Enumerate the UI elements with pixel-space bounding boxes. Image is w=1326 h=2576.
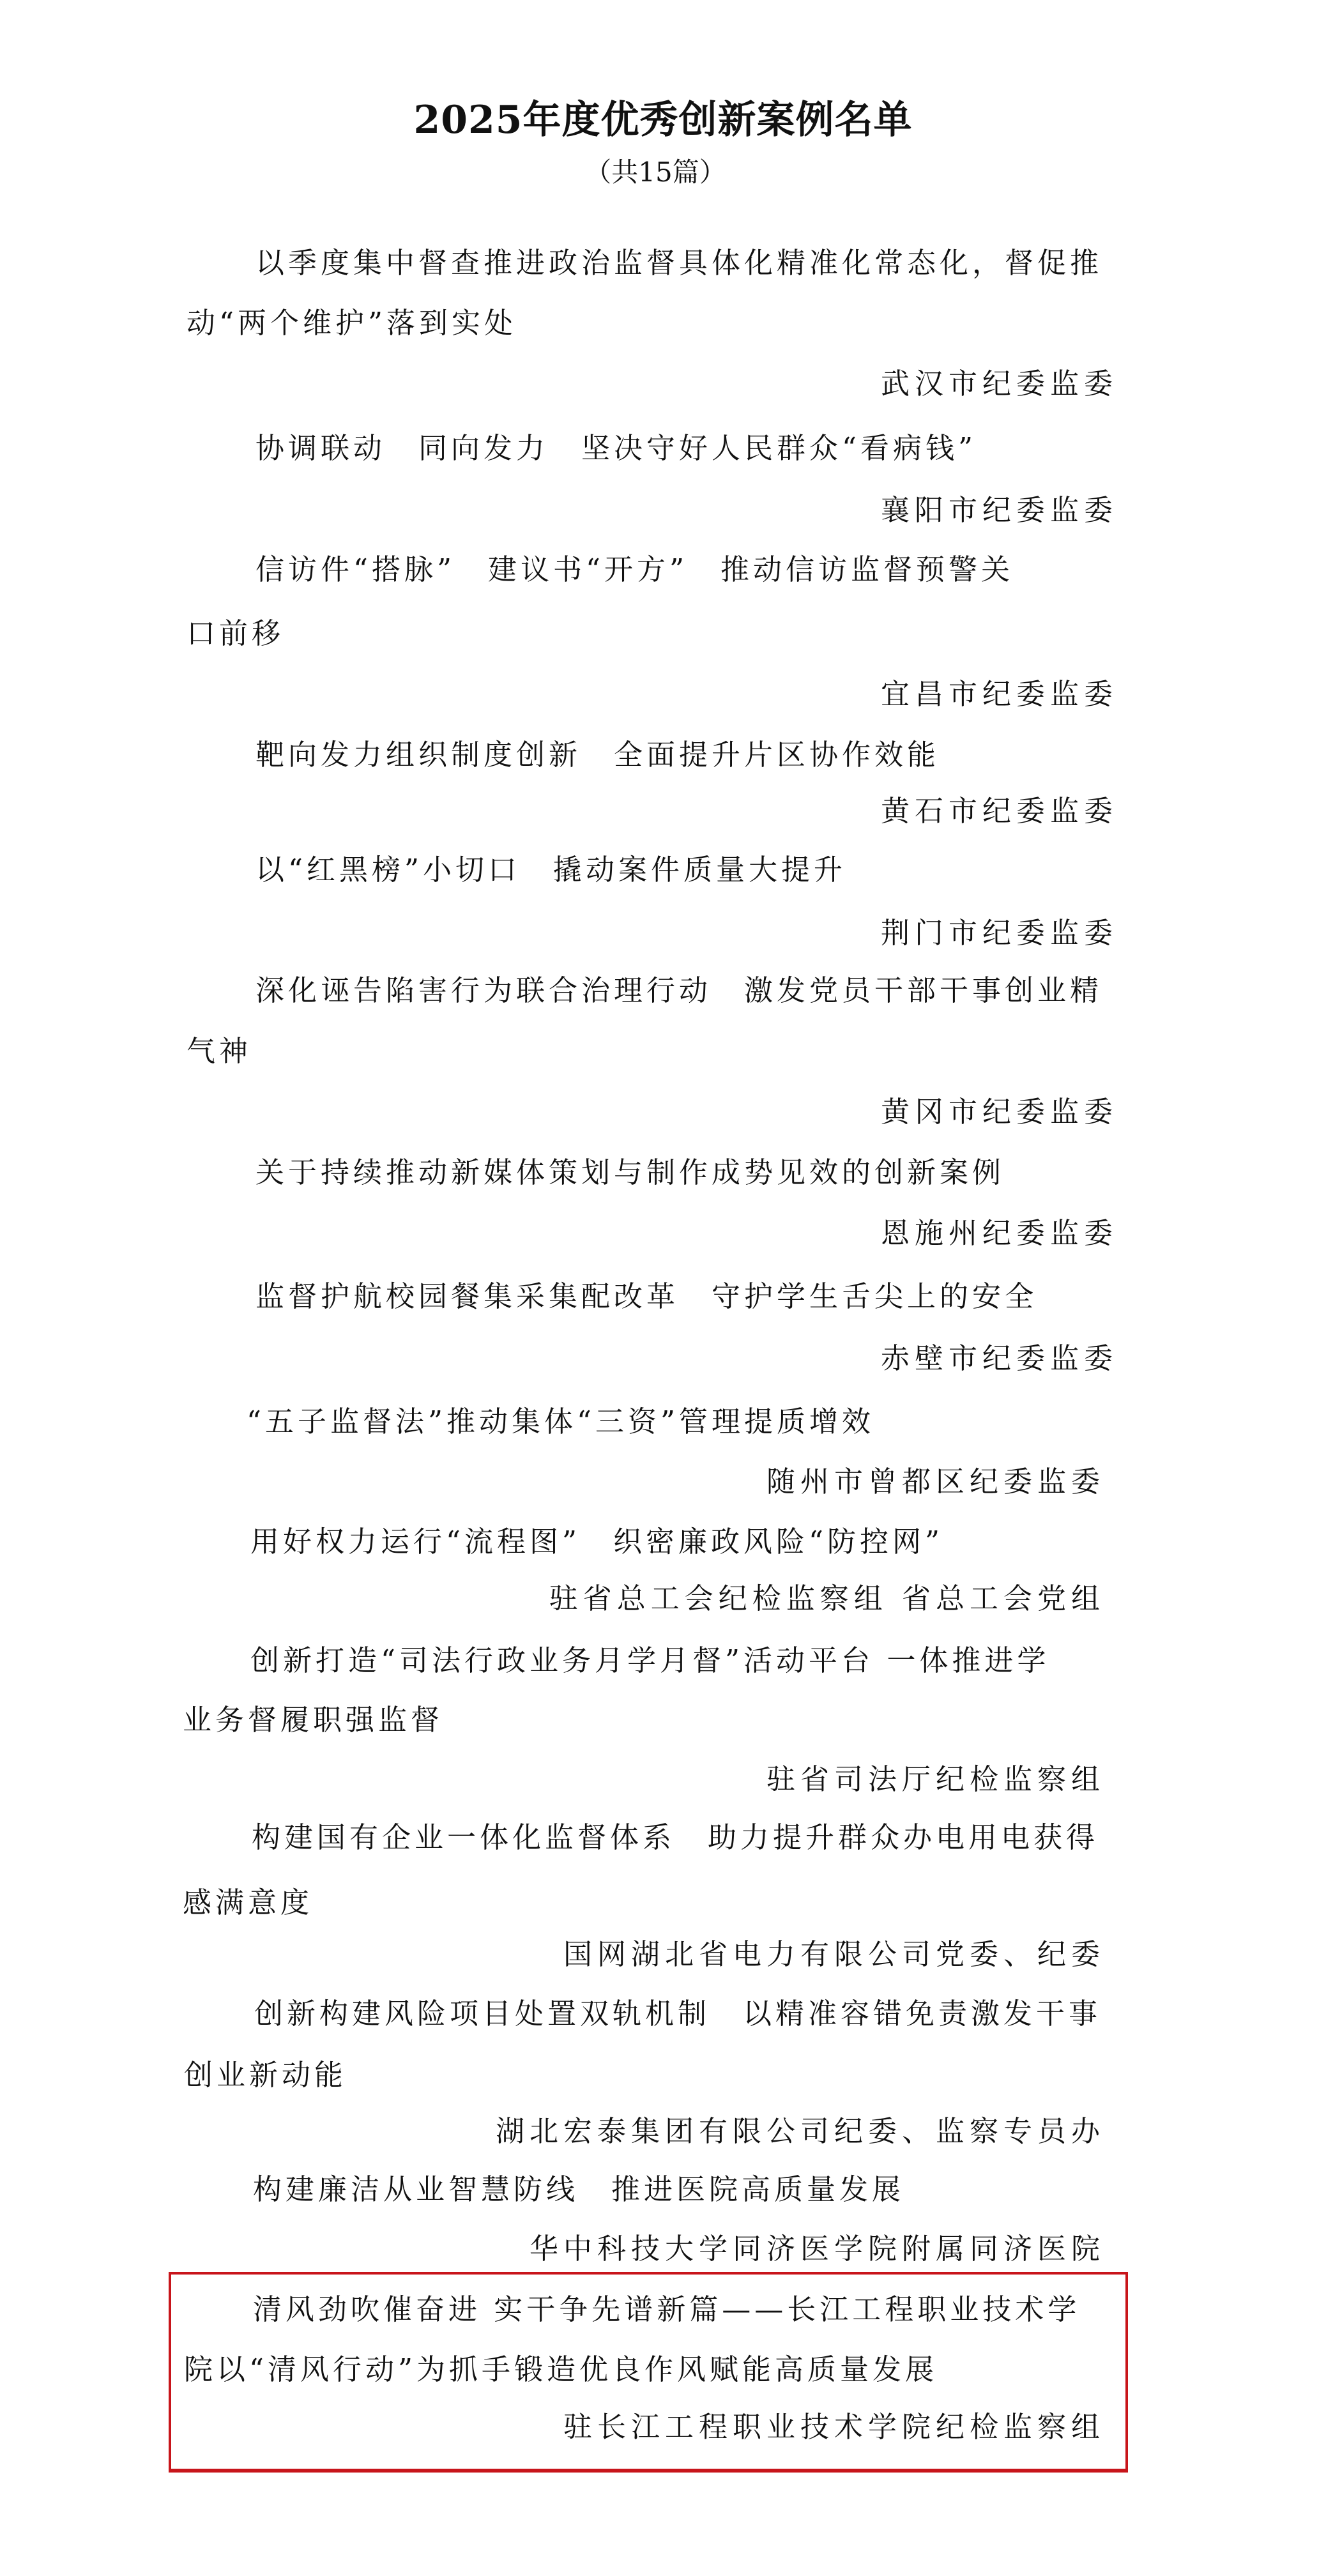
- case-15-title-line-1: 清风劲吹催奋进 实干争先谱新篇——长江工程职业技术学: [253, 2292, 1080, 2328]
- case-6-unit: 黄冈市纪委监委: [881, 1094, 1118, 1130]
- case-5-unit: 荆门市纪委监委: [881, 915, 1118, 951]
- case-13-title-line-2: 创业新动能: [184, 2057, 347, 2093]
- case-1-title-line-2: 动“两个维护”落到实处: [187, 305, 517, 341]
- page-subtitle-count: （共15篇）: [0, 156, 1311, 189]
- case-2-title-line-1: 协调联动 同向发力 坚决守好人民群众“看病钱”: [255, 431, 977, 466]
- case-8-unit: 赤壁市纪委监委: [881, 1341, 1118, 1376]
- case-8-title-line-1: 监督护航校园餐集采集配改革 守护学生舌尖上的安全: [255, 1279, 1037, 1315]
- case-6-title-line-1: 深化诬告陷害行为联合治理行动 激发党员干部干事创业精: [255, 973, 1102, 1009]
- document-page: 2025年度优秀创新案例名单 （共15篇） 以季度集中督查推进政治监督具体化精准…: [0, 0, 1326, 2576]
- case-6-title-line-2: 气神: [187, 1033, 252, 1069]
- case-15-title-line-2: 院以“清风行动”为抓手锻造优良作风赋能高质量发展: [184, 2352, 938, 2388]
- case-11-unit: 驻省司法厅纪检监察组: [766, 1762, 1105, 1797]
- case-14-unit: 华中科技大学同济医学院附属同济医院: [530, 2231, 1105, 2267]
- case-4-unit: 黄石市纪委监委: [881, 793, 1118, 829]
- case-1-title-line-1: 以季度集中督查推进政治监督具体化精准化常态化，督促推: [255, 245, 1102, 281]
- case-14-title-line-1: 构建廉洁从业智慧防线 推进医院高质量发展: [253, 2172, 904, 2207]
- case-11-title-line-1: 创新打造“司法行政业务月学月督”活动平台 一体推进学: [250, 1643, 1049, 1679]
- case-9-unit: 随州市曾都区纪委监委: [766, 1464, 1105, 1500]
- case-11-title-line-2: 业务督履职强监督: [183, 1702, 443, 1738]
- case-7-title-line-1: 关于持续推动新媒体策划与制作成势见效的创新案例: [255, 1155, 1005, 1191]
- case-5-title-line-1: 以“红黑榜”小切口 撬动案件质量大提升: [255, 852, 846, 888]
- case-1-unit: 武汉市纪委监委: [881, 366, 1118, 402]
- case-3-title-line-2: 口前移: [187, 616, 284, 652]
- case-12-unit: 国网湖北省电力有限公司党委、纪委: [563, 1937, 1105, 1972]
- case-2-unit: 襄阳市纪委监委: [881, 492, 1118, 528]
- case-12-title-line-2: 感满意度: [183, 1885, 313, 1921]
- case-15-unit: 驻长江工程职业技术学院纪检监察组: [563, 2409, 1105, 2445]
- page-title: 2025年度优秀创新案例名单: [0, 96, 1326, 144]
- case-10-title-line-1: 用好权力运行“流程图” 织密廉政风险“防控网”: [250, 1524, 943, 1560]
- case-13-title-line-1: 创新构建风险项目处置双轨机制 以精准容错免责激发干事: [254, 1996, 1101, 2032]
- case-3-title-line-1: 信访件“搭脉” 建议书“开方” 推动信访监督预警关: [255, 552, 1014, 588]
- case-4-title-line-1: 靶向发力组织制度创新 全面提升片区协作效能: [255, 737, 940, 773]
- case-10-unit: 驻省总工会纪检监察组 省总工会党组: [549, 1581, 1105, 1617]
- case-7-unit: 恩施州纪委监委: [881, 1216, 1118, 1251]
- case-13-unit: 湖北宏泰集团有限公司纪委、监察专员办: [496, 2114, 1105, 2149]
- case-3-unit: 宜昌市纪委监委: [881, 676, 1118, 712]
- case-12-title-line-1: 构建国有企业一体化监督体系 助力提升群众办电用电获得: [252, 1820, 1099, 1856]
- case-9-title-line-1: “五子监督法”推动集体“三资”管理提质增效: [247, 1404, 874, 1440]
